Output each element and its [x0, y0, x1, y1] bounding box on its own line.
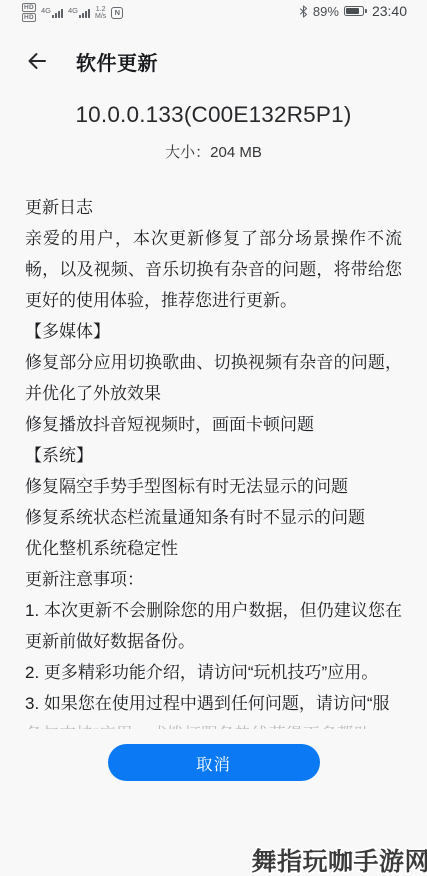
notes-title: 更新注意事项： — [25, 564, 402, 595]
update-size: 大小：204 MB — [0, 141, 427, 162]
nfc-icon: N — [111, 7, 123, 19]
network-speed-value: 1.2 — [96, 6, 106, 13]
cancel-button[interactable]: 取消 — [108, 744, 320, 781]
section-heading-system: 【系统】 — [25, 440, 402, 471]
back-button[interactable] — [24, 48, 50, 74]
app-header: 软件更新 — [0, 40, 427, 82]
battery-percent-label: 89% — [313, 4, 339, 19]
signal-bars-icon — [79, 8, 90, 18]
clock-label: 23:40 — [372, 3, 407, 19]
network-type-sim1-label: 4G — [41, 7, 51, 14]
changelog-title: 更新日志 — [25, 192, 402, 223]
action-row: 取消 — [0, 744, 427, 781]
signal-bars-icon — [52, 8, 63, 18]
note-item: 2. 更多精彩功能介绍，请访问“玩机技巧”应用。 — [25, 657, 402, 688]
changelog: 更新日志 亲爱的用户，本次更新修复了部分场景操作不流畅，以及视频、音乐切换有杂音… — [0, 192, 427, 729]
changelog-item: 修复播放抖音短视频时，画面卡顿问题 — [25, 409, 402, 440]
hd-volte-badges: HD HD — [22, 3, 36, 22]
signal-sim2-icon: 4G — [68, 8, 90, 18]
bluetooth-icon — [299, 5, 308, 18]
page-title: 软件更新 — [76, 47, 158, 76]
site-watermark: 舞指玩咖手游网 — [251, 842, 427, 876]
changelog-item: 修复系统状态栏流量通知条有时不显示的问题 — [25, 502, 402, 533]
network-speed-indicator: 1.2 M/s — [95, 6, 106, 20]
network-type-sim2-label: 4G — [68, 7, 78, 14]
update-version: 10.0.0.133(C00E132R5P1) — [0, 102, 427, 128]
note-item: 1. 本次更新不会删除您的用户数据，但仍建议您在更新前做好数据备份。 — [25, 595, 402, 657]
note-item: 3. 如果您在使用过程中遇到任何问题，请访问“服 — [25, 688, 402, 719]
network-speed-unit: M/s — [95, 13, 106, 20]
changelog-item: 修复部分应用切换歌曲、切换视频有杂音的问题，并优化了外放效果 — [25, 347, 402, 409]
changelog-intro: 亲爱的用户，本次更新修复了部分场景操作不流畅，以及视频、音乐切换有杂音的问题，将… — [25, 223, 402, 316]
hd-badge-sim2-icon: HD — [22, 13, 36, 22]
changelog-item: 修复隔空手势手型图标有时无法显示的问题 — [25, 471, 402, 502]
status-bar: HD HD 4G 4G 1.2 M/s N 89% 23:40 — [0, 0, 427, 26]
hd-badge-sim1-icon: HD — [22, 3, 36, 12]
clipped-note-line: 务与支持”应用，或拨打服务热线获得更多帮助。 — [25, 719, 402, 729]
signal-sim1-icon: 4G — [41, 8, 63, 18]
section-heading-multimedia: 【多媒体】 — [25, 316, 402, 347]
battery-icon — [344, 6, 367, 16]
changelog-item: 优化整机系统稳定性 — [25, 533, 402, 564]
back-arrow-icon — [26, 51, 48, 71]
